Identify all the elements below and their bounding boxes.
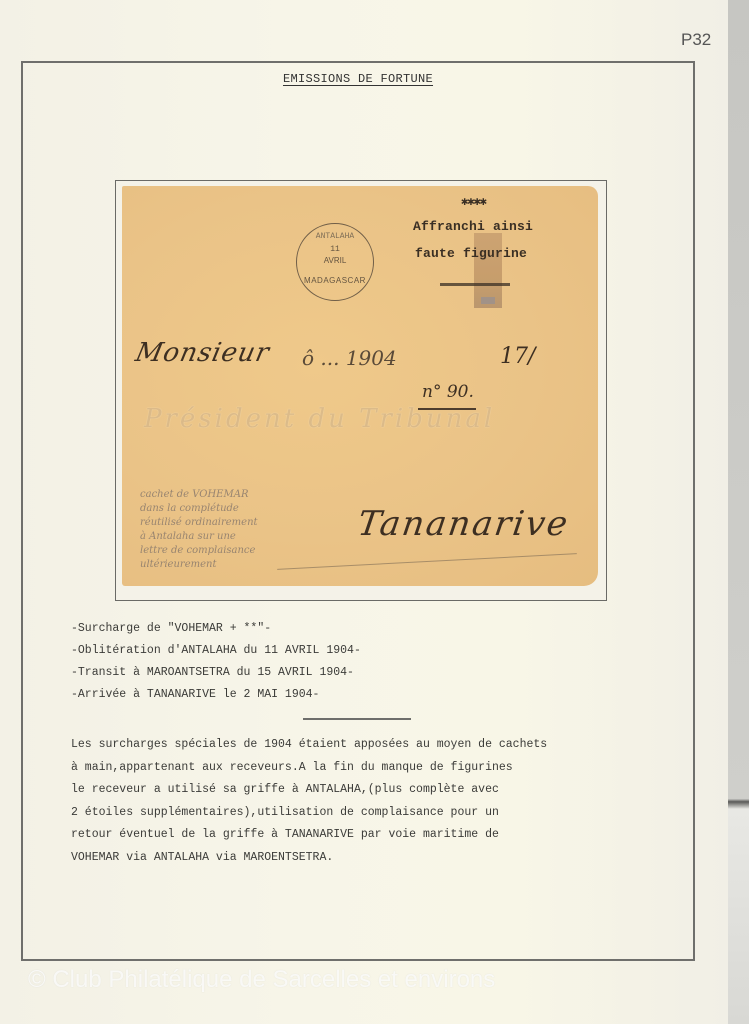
handwritten-number: 17/ (500, 344, 535, 369)
postage-stamp (474, 233, 502, 308)
paragraph-line: Les surcharges spéciales de 1904 étaient… (71, 734, 547, 757)
overprint-line-2: faute figurine (415, 246, 527, 261)
section-divider (303, 718, 411, 720)
description-paragraph: Les surcharges spéciales de 1904 étaient… (71, 734, 547, 870)
pencil-line: cachet de VOHEMAR (140, 488, 258, 502)
album-page: P32 EMISSIONS DE FORTUNE ANTALAHA 11 AVR… (0, 0, 728, 1024)
handwritten-addressee: Monsieur (133, 338, 273, 368)
detail-cancellation: -Oblitération d'ANTALAHA du 11 AVRIL 190… (71, 640, 361, 662)
paragraph-line: retour éventuel de la griffe à TANANARIV… (71, 824, 547, 847)
copyright-watermark: © Club Philatélique de Sarcelles et envi… (28, 966, 495, 994)
envelope-cover-image: ANTALAHA 11 AVRIL MADAGASCAR ✱✱✱✱ Affran… (122, 186, 598, 586)
scan-background-edge (728, 0, 749, 1024)
postmark-cancellation: ANTALAHA 11 AVRIL MADAGASCAR (296, 223, 374, 301)
postmark-month: AVRIL (297, 256, 373, 265)
paragraph-line: VOHEMAR via ANTALAHA via MAROENTSETRA. (71, 847, 547, 870)
page-number: P32 (681, 30, 711, 50)
pencil-annotation: cachet de VOHEMAR dans la complétude réu… (140, 488, 258, 572)
pencil-line: lettre de complaisance (140, 544, 258, 558)
overprint-stars: ✱✱✱✱ (461, 194, 486, 209)
postmark-country: MADAGASCAR (297, 276, 373, 285)
pencil-line: réutilisé ordinairement (140, 516, 258, 530)
paragraph-line: 2 étoiles supplémentaires),utilisation d… (71, 802, 547, 825)
paragraph-line: à main,appartenant aux receveurs.A la fi… (71, 757, 547, 780)
cover-details-list: -Surcharge de "VOHEMAR + **"- -Oblitérat… (71, 618, 361, 706)
handwritten-reference: n° 90. (422, 382, 474, 402)
postmark-town: ANTALAHA (297, 232, 373, 241)
overprint-strike-bar (440, 283, 510, 286)
overprint-line-1: Affranchi ainsi (413, 219, 533, 234)
page-title: EMISSIONS DE FORTUNE (0, 72, 716, 86)
detail-arrival: -Arrivée à TANANARIVE le 2 MAI 1904- (71, 684, 361, 706)
detail-transit: -Transit à MAROANTSETRA du 15 AVRIL 1904… (71, 662, 361, 684)
destination-underline (277, 553, 577, 570)
handwritten-date: ô ... 1904 (302, 346, 397, 370)
pencil-line: ultérieurement (140, 558, 258, 572)
detail-surcharge: -Surcharge de "VOHEMAR + **"- (71, 618, 361, 640)
pencil-line: dans la complétude (140, 502, 258, 516)
paragraph-line: le receveur a utilisé sa griffe à ANTALA… (71, 779, 547, 802)
pencil-line: à Antalaha sur une (140, 530, 258, 544)
handwritten-destination: Tananarive (355, 504, 572, 544)
handwritten-faded-line: Président du Tribunal (144, 404, 495, 434)
postmark-day: 11 (297, 245, 373, 254)
